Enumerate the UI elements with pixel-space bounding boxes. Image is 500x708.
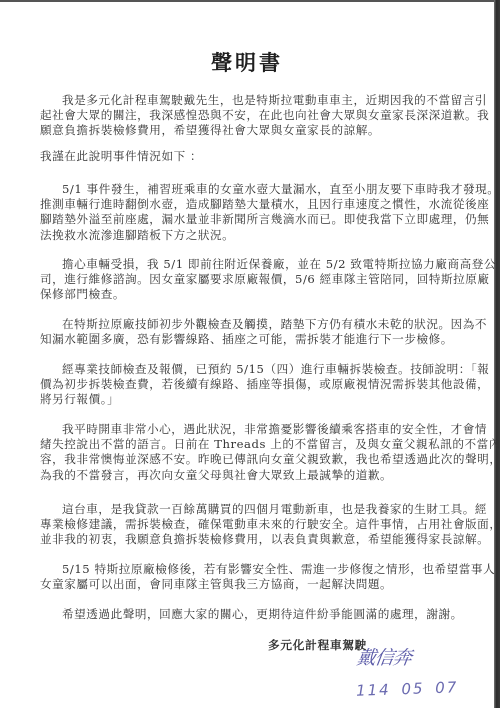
- text-line: 緒失控說出不當的語言。日前在 Threads 上的不當留言，及與女童父親私訊的不…: [40, 437, 446, 452]
- scan-right-edge: [494, 0, 500, 708]
- text-line: 知漏水範圍多廣，恐有影響線路、插座之可能，需拆裝才能進行下一步檢修。: [40, 332, 446, 347]
- paragraph-vehicle: 這台車，是我貸款一百餘萬購買的四個月電動新車，也是我養家的生財工具。經專業檢修建…: [40, 502, 446, 548]
- paragraph-lead-in: 我謹在此說明事件情況如下 ：: [40, 149, 446, 164]
- text-line: 我是多元化計程車駕駛戴先生，也是特斯拉電動車車主，近期因我的不當留言引: [40, 93, 446, 108]
- document-title: 聲明書: [0, 50, 494, 76]
- text-line: 並非我的初衷，我願意負擔拆裝檢修費用，以表負責與歉意，希望能獲得家長諒解。: [40, 532, 446, 547]
- text-line: 司，進行維修諮詢。因女童家屬要求原廠報價，5/6 經車隊主管陪同，回特斯拉原廠: [40, 272, 446, 287]
- text-line: 為我的不當發言，再次向女童父母與社會大眾致上最誠摯的道歉。: [40, 468, 446, 483]
- paragraph-incident: 5/1 事件發生，補習班乘車的女童水壺大量漏水，直至小朋友要下車時我才發現。推測…: [40, 182, 446, 243]
- text-line: 專業檢修建議，需拆裝檢查，確保電動車未來的行駛安全。這件事情，占用社會版面，: [40, 517, 446, 532]
- paragraph-repair-inquiry: 擔心車輛受損，我 5/1 即前往附近保養廠，並在 5/2 致電特斯拉協力廠商高登…: [40, 257, 446, 303]
- text-line: 推測車輛行進時翻倒水壺，造成腳踏墊大量積水，且因行車速度之慣性，水流從後座: [40, 197, 446, 212]
- text-line: 法挽救水流滲進腳踏板下方之狀況。: [40, 228, 446, 243]
- text-line: 女童家屬可以出面，會同車隊主管與我三方協商，一起解決問題。: [40, 577, 446, 592]
- handwritten-date: 114 05 07: [356, 678, 459, 700]
- text-line: 價為初步拆裝檢查費，若後續有線路、插座等損傷，或原廠視情況需拆裝其他設備，: [40, 377, 446, 392]
- text-line: 容，我非常懊悔並深感不安。昨晚已傳訊向女童父親致歉，我也希望透過此次的聲明，: [40, 452, 446, 467]
- text-line: 5/15 特斯拉原廠檢修後，若有影響安全性、需進一步修復之情形，也希望當事人: [40, 562, 446, 577]
- paragraph-closing: 希望透過此聲明，回應大家的關心，更期待這件紛爭能圓滿的處理，謝謝。: [40, 607, 446, 622]
- text-line: 願意負擔拆裝檢修費用，希望獲得社會大眾與女童家長的諒解。: [40, 123, 446, 138]
- paragraph-inspection: 在特斯拉原廠技師初步外觀檢查及觸摸，踏墊下方仍有積水未乾的狀況。因為不知漏水範圍…: [40, 317, 446, 347]
- text-line: 保修部門檢查。: [40, 287, 446, 302]
- text-line: 將另行報價。」: [40, 392, 446, 407]
- handwritten-signature: 戴信奔: [355, 643, 413, 670]
- text-line: 這台車，是我貸款一百餘萬購買的四個月電動新車，也是我養家的生財工具。經: [40, 502, 446, 517]
- text-line: 我平時開車非常小心，遇此狀況，非常擔憂影響後續乘客搭車的安全性，才會情: [40, 422, 446, 437]
- paragraph-followup: 5/15 特斯拉原廠檢修後，若有影響安全性、需進一步修復之情形，也希望當事人女童…: [40, 562, 446, 592]
- text-line: 經專業技師檢查及報價，已預約 5/15（四）進行車輛拆裝檢查。技師說明：「報: [40, 362, 446, 377]
- text-line: 擔心車輛受損，我 5/1 即前往附近保養廠，並在 5/2 致電特斯拉協力廠商高登…: [40, 257, 446, 272]
- text-line: 在特斯拉原廠技師初步外觀檢查及觸摸，踏墊下方仍有積水未乾的狀況。因為不: [40, 317, 446, 332]
- text-line: 我謹在此說明事件情況如下 ：: [40, 149, 446, 164]
- text-line: 希望透過此聲明，回應大家的關心，更期待這件紛爭能圓滿的處理，謝謝。: [40, 607, 446, 622]
- paragraph-apology: 我平時開車非常小心，遇此狀況，非常擔憂影響後續乘客搭車的安全性，才會情緒失控說出…: [40, 422, 446, 483]
- paragraph-intro: 我是多元化計程車駕駛戴先生，也是特斯拉電動車車主，近期因我的不當留言引起社會大眾…: [40, 93, 446, 139]
- statement-page: 聲明書 我是多元化計程車駕駛戴先生，也是特斯拉電動車車主，近期因我的不當留言引起…: [0, 0, 494, 708]
- text-line: 起社會大眾的關注，我深感惶恐與不安，在此也向社會大眾與女童家長深深道歉。我: [40, 108, 446, 123]
- paragraph-quote: 經專業技師檢查及報價，已預約 5/15（四）進行車輛拆裝檢查。技師說明：「報價為…: [40, 362, 446, 408]
- text-line: 腳踏墊外溢至前座處，漏水量並非新聞所言幾滴水而已。即使我當下立即處理，仍無: [40, 212, 446, 227]
- signatory-organization: 多元化計程車駕駛: [268, 637, 367, 653]
- text-line: 5/1 事件發生，補習班乘車的女童水壺大量漏水，直至小朋友要下車時我才發現。: [40, 182, 446, 197]
